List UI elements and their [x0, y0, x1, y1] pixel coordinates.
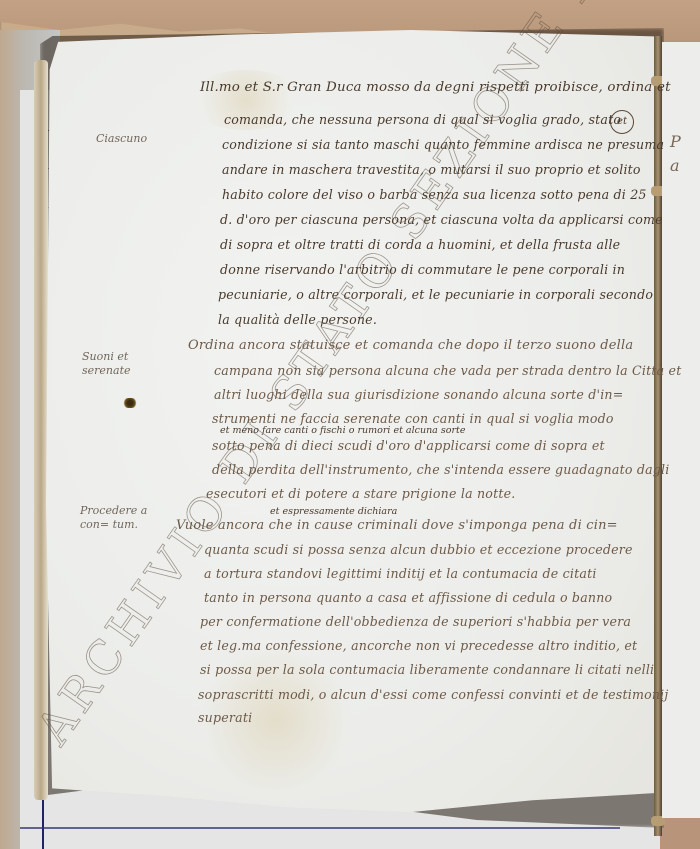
photo-scene: P a Ciascuno Suoni et serenate Procedere… [0, 0, 700, 849]
text-line: a tortura standovi legittimi inditij et … [204, 566, 597, 581]
text-line: quanta scudi si possa senza alcun dubbio… [204, 542, 633, 557]
text-line: comanda, che nessuna persona di qual si … [224, 112, 621, 127]
margin-note: Ciascuno [96, 132, 147, 146]
text-line: soprascritti modi, o alcun d'essi come c… [198, 687, 669, 702]
text-line: pecuniarie, o altre corporali, et le pec… [218, 287, 653, 302]
text-line: Vuole ancora che in cause criminali dove… [176, 518, 618, 533]
ink-blot [123, 398, 137, 408]
circled-annotation-mark: et [610, 110, 634, 134]
interlinear-insert: et espressamente dichiara [270, 506, 397, 517]
margin-note: Procedere a con= tum. [80, 504, 160, 532]
text-line: et leg.ma confessione, ancorche non vi p… [200, 638, 637, 653]
manuscript-text: Ciascuno Suoni et serenate Procedere a c… [0, 0, 700, 849]
text-line: della perdita dell'instrumento, che s'in… [212, 462, 670, 477]
text-line: si possa per la sola contumacia liberame… [200, 662, 654, 677]
text-line: donne riservando l'arbitrio di commutare… [220, 262, 625, 277]
text-line: superati [198, 710, 252, 725]
text-line: Ill.mo et S.r Gran Duca mosso da degni r… [200, 80, 671, 95]
text-line: tanto in persona quanto a casa et affiss… [204, 590, 612, 605]
text-line: Ordina ancora statuisce et comanda che d… [188, 338, 633, 353]
margin-note: Suoni et serenate [82, 350, 152, 378]
text-line: per confermatione dell'obbedienza de sup… [200, 614, 631, 629]
